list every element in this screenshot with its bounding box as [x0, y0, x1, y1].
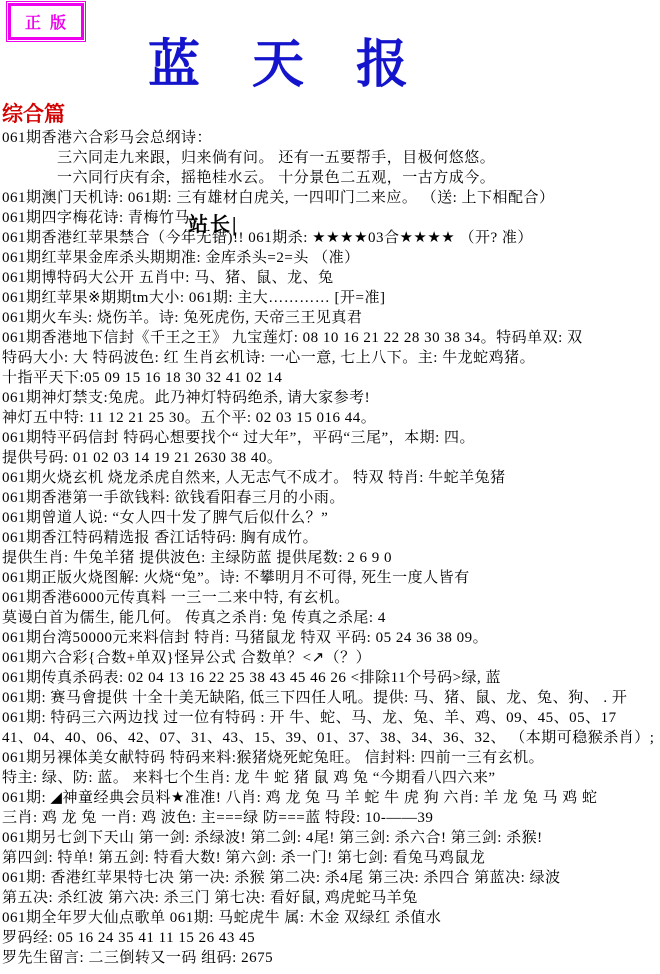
report-line: 061期: 香港红苹果特七决 第一决: 杀猴 第二决: 杀4尾 第三决: 杀四合…	[2, 868, 658, 888]
report-line: 061期全年罗大仙点歌单 061期: 马蛇虎牛 属: 木金 双绿红 杀值水	[2, 908, 658, 928]
report-line: 第四剑: 特单! 第五剑: 特看大数! 第六剑: 杀一门! 第七剑: 看兔马鸡鼠…	[2, 848, 658, 868]
report-line: 061期曾道人说: “女人四十发了脾气后似什么？”	[2, 508, 658, 528]
report-line: 061期六合彩{合数+单双}怪异公式 合数单？<↗（？）	[2, 648, 658, 668]
report-line: 第五决: 杀红波 第六决: 杀三门 第七决: 看好鼠, 鸡虎蛇马羊兔	[2, 888, 658, 908]
section-heading: 综合篇	[2, 98, 65, 128]
lottery-report-page: 正版 蓝天报 综合篇 站长| 061期香港六合彩马会总纲诗：三六同走九来跟，归来…	[0, 0, 660, 974]
report-line: 061期特平码信封 特码心想要找个“ 过大年”，平码“三尾”，本期: 四。	[2, 428, 658, 448]
report-line: 41、04、40、06、42、07、31、43、15、39、01、37、38、3…	[2, 728, 658, 748]
report-line: 罗先生留言: 二三倒转又一码 组码: 2675	[2, 948, 658, 968]
genuine-edition-badge: 正版	[8, 3, 84, 40]
report-line: 061期红苹果※期期tm大小: 061期: 主大………… [开=准]	[2, 288, 658, 308]
report-line: 061期香港红苹果禁合（今年无错)!! 061期杀: ★★★★03合★★★★ （…	[2, 228, 658, 248]
report-line: 特码大小: 大 特码波色: 红 生肖玄机诗: 一心一意, 七上八下。主: 牛龙蛇…	[2, 348, 658, 368]
report-line: 061期四字梅花诗: 青梅竹马。	[2, 208, 658, 228]
report-line: 061期香港第一手欲钱料: 欲钱看阳春三月的小雨。	[2, 488, 658, 508]
report-line: 061期另裸体美女献特码 特码来料:猴猪烧死蛇兔旺。 信封料: 四前一三有玄机。	[2, 748, 658, 768]
report-line: 一六同行庆有余，摇艳桂水云。 十分景色二五观，一古方成今。	[2, 168, 658, 188]
report-line: 061期正版火烧图解: 火烧“兔”。诗: 不攀明月不可得, 死生一度人皆有	[2, 568, 658, 588]
report-line: 十指平天下:05 09 15 16 18 30 32 41 02 14	[2, 368, 658, 388]
report-line: 061期火车头: 烧伤羊。诗: 兔死虎伤, 天帝三王见真君	[2, 308, 658, 328]
report-line: 061期红苹果金库杀头期期准: 金库杀头=2=头 （准）	[2, 248, 658, 268]
report-line: 061期台湾50000元来料信封 特肖: 马猪鼠龙 特双 平码: 05 24 3…	[2, 628, 658, 648]
report-line: 提供号码: 01 02 03 14 19 21 2630 38 40。	[2, 448, 658, 468]
report-line: 特主: 绿、防: 蓝。 来料七个生肖: 龙 牛 蛇 猪 鼠 鸡 兔 “今期看八四…	[2, 768, 658, 788]
report-line: 061期传真杀码表: 02 04 13 16 22 25 38 43 45 46…	[2, 668, 658, 688]
report-line: 罗码经: 05 16 24 35 41 11 15 26 43 45	[2, 928, 658, 948]
report-line: 061期澳门天机诗: 061期: 三有雄材白虎关, 一四叩门二来应。 （送: 上…	[2, 188, 658, 208]
report-line: 061期神灯禁支:兔虎。此乃神灯特码绝杀, 请大家参考!	[2, 388, 658, 408]
webmaster-watermark: 站长|	[188, 208, 238, 237]
report-line: 061期香港六合彩马会总纲诗：	[2, 128, 658, 148]
report-line: 061期香江特码精选报 香江话特码: 胸有成竹。	[2, 528, 658, 548]
report-line: 061期香港地下信封《千王之王》 九宝莲灯: 08 10 16 21 22 28…	[2, 328, 658, 348]
report-line: 061期: 特码三六两边找 过一位有特码 : 开 牛、蛇、马、龙、兔、羊、鸡、0…	[2, 708, 658, 728]
report-line: 三肖: 鸡 龙 兔 一肖: 鸡 波色: 主===绿 防===蓝 特段: 10-—…	[2, 808, 658, 828]
report-line: 061期: 赛马會提供 十全十美无缺陷, 低三下四任人吼。提供: 马、猪、鼠、龙…	[2, 688, 658, 708]
report-line: 061期火烧玄机 烧龙杀虎自然来, 人无志气不成才。 特双 特肖: 牛蛇羊兔猪	[2, 468, 658, 488]
report-line: 061期博特码大公开 五肖中: 马、猪、鼠、龙、兔	[2, 268, 658, 288]
report-line: 061期香港6000元传真料 一三一二来中特, 有玄机。	[2, 588, 658, 608]
report-line: 莫谩白首为儒生, 能几何。 传真之杀肖: 兔 传真之杀尾: 4	[2, 608, 658, 628]
report-line: 061期另七剑下天山 第一剑: 杀绿波! 第二剑: 4尾! 第三剑: 杀六合! …	[2, 828, 658, 848]
report-line: 提供生肖: 牛兔羊猪 提供波色: 主绿防蓝 提供尾数: 2 6 9 0	[2, 548, 658, 568]
report-body: 061期香港六合彩马会总纲诗：三六同走九来跟，归来倘有问。 还有一五要帮手，目极…	[2, 128, 658, 968]
report-line: 神灯五中特: 11 12 21 25 30。五个平: 02 03 15 016 …	[2, 408, 658, 428]
report-line: 三六同走九来跟，归来倘有问。 还有一五要帮手，目极何悠悠。	[2, 148, 658, 168]
report-line: 061期: ◢神童经典会员料★准准! 八肖: 鸡 龙 兔 马 羊 蛇 牛 虎 狗…	[2, 788, 658, 808]
page-title: 蓝天报	[148, 22, 460, 97]
